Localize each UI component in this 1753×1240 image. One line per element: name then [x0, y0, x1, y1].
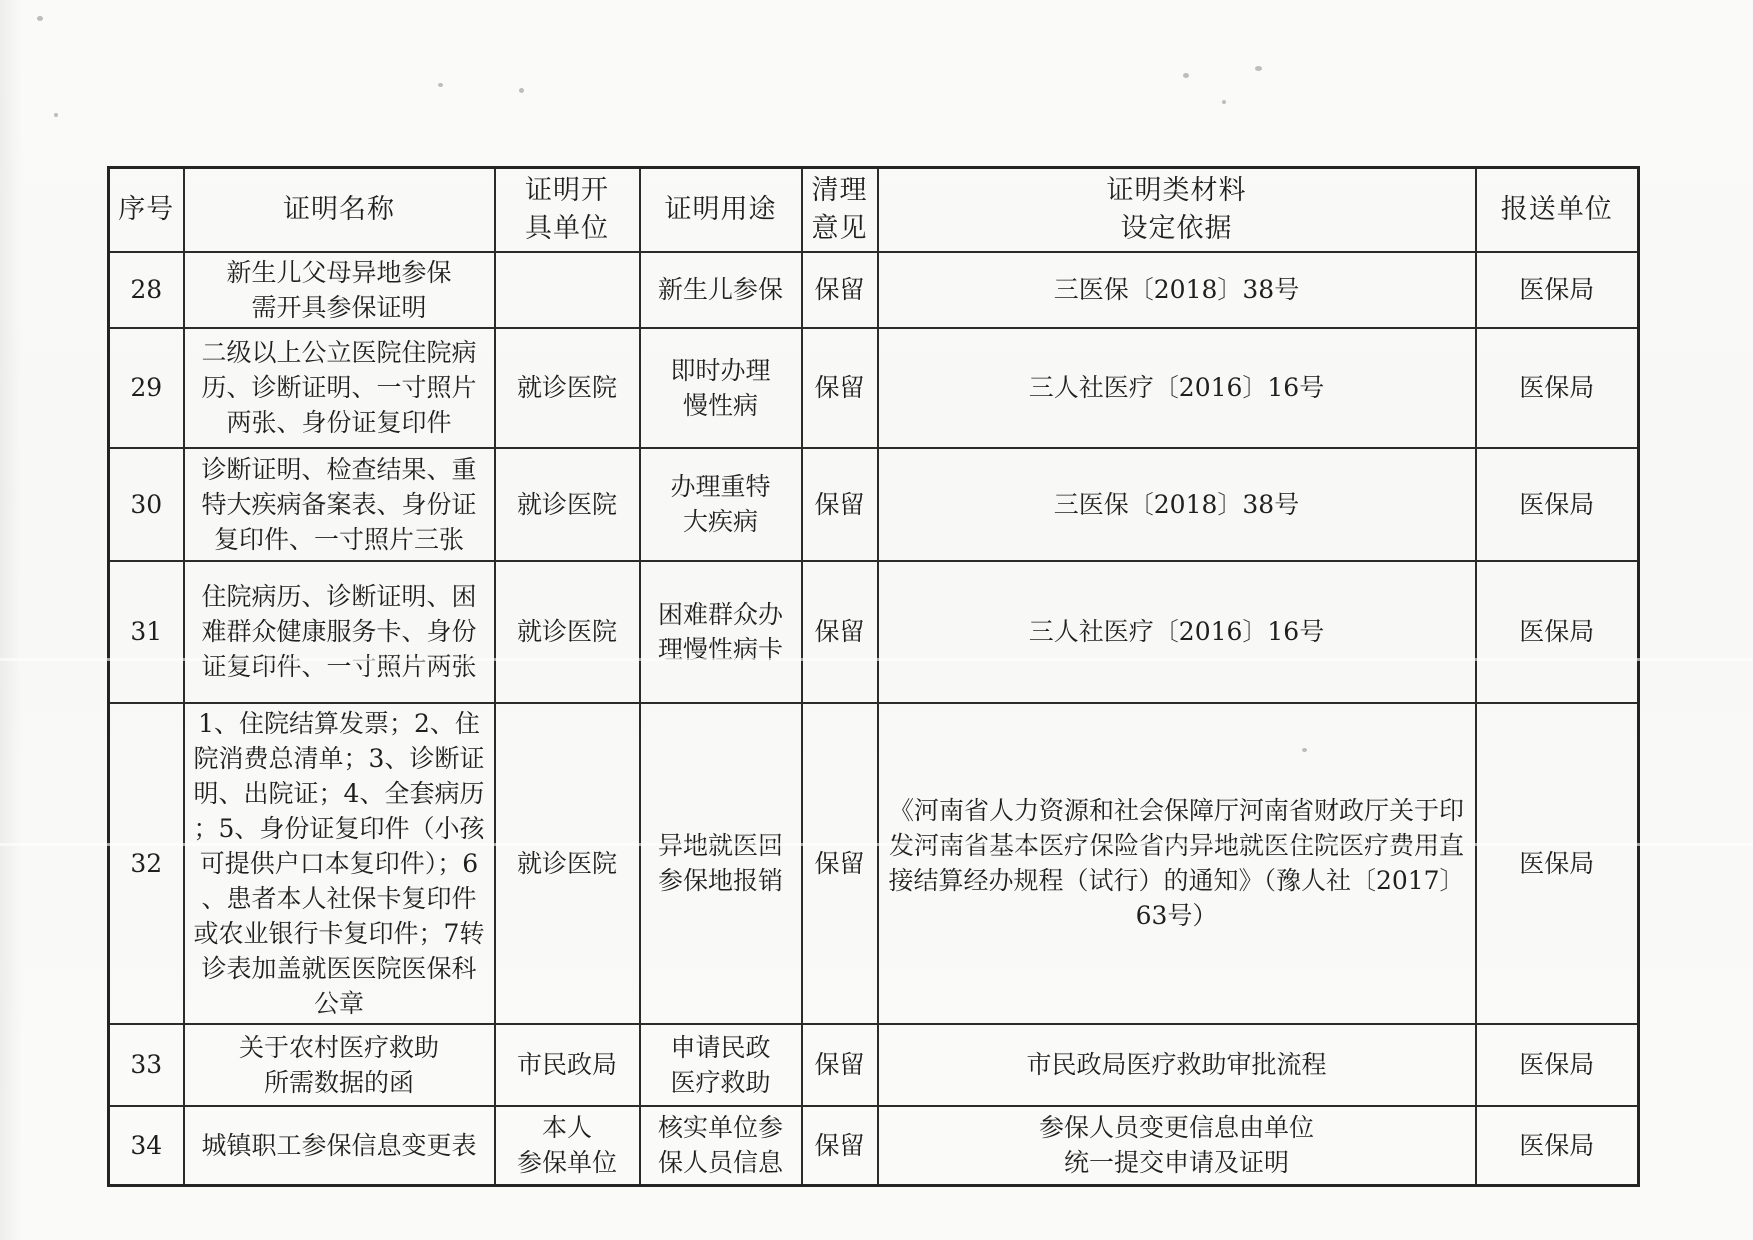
table-row: 28 新生儿父母异地参保 需开具参保证明 新生儿参保 保留 三医保〔2018〕3…	[109, 252, 1639, 328]
cell-seq: 34	[109, 1106, 184, 1186]
cell-unit: 医保局	[1476, 328, 1639, 448]
cell-purpose: 即时办理 慢性病	[640, 328, 802, 448]
cell-unit: 医保局	[1476, 252, 1639, 328]
cell-unit: 医保局	[1476, 448, 1639, 561]
cell-issuer: 就诊医院	[495, 703, 640, 1024]
scan-speck	[37, 16, 43, 21]
table-row: 34 城镇职工参保信息变更表 本人 参保单位 核实单位参 保人员信息 保留 参保…	[109, 1106, 1639, 1186]
cell-cert-name: 住院病历、诊断证明、困难群众健康服务卡、身份证复印件、一寸照片两张	[184, 561, 495, 703]
header-setting-basis: 证明类材料 设定依据	[878, 168, 1476, 252]
cell-cert-name: 新生儿父母异地参保 需开具参保证明	[184, 252, 495, 328]
cell-purpose: 新生儿参保	[640, 252, 802, 328]
cell-basis: 三医保〔2018〕38号	[878, 448, 1476, 561]
certificates-table: 序号 证明名称 证明开 具单位 证明用途 清理 意见 证明类材料 设定依据 报送…	[107, 166, 1640, 1187]
scan-speck	[1222, 100, 1226, 104]
cell-cert-name: 城镇职工参保信息变更表	[184, 1106, 495, 1186]
cell-seq: 31	[109, 561, 184, 703]
cell-opinion: 保留	[802, 448, 878, 561]
cell-opinion: 保留	[802, 328, 878, 448]
cell-purpose: 申请民政 医疗救助	[640, 1024, 802, 1106]
cell-purpose: 异地就医回 参保地报销	[640, 703, 802, 1024]
scan-speck	[1255, 66, 1262, 71]
table-row: 32 1、住院结算发票；2、住院消费总清单；3、诊断证明、出院证；4、全套病历；…	[109, 703, 1639, 1024]
cell-issuer: 就诊医院	[495, 328, 640, 448]
scan-streak	[0, 658, 1753, 661]
header-cert-name: 证明名称	[184, 168, 495, 252]
cell-unit: 医保局	[1476, 703, 1639, 1024]
cell-seq: 30	[109, 448, 184, 561]
cell-cert-name: 诊断证明、检查结果、重特大疾病备案表、身份证复印件、一寸照片三张	[184, 448, 495, 561]
table-row: 30 诊断证明、检查结果、重特大疾病备案表、身份证复印件、一寸照片三张 就诊医院…	[109, 448, 1639, 561]
cell-cert-name: 关于农村医疗救助 所需数据的函	[184, 1024, 495, 1106]
table-header-row: 序号 证明名称 证明开 具单位 证明用途 清理 意见 证明类材料 设定依据 报送…	[109, 168, 1639, 252]
cell-opinion: 保留	[802, 1024, 878, 1106]
table-row: 33 关于农村医疗救助 所需数据的函 市民政局 申请民政 医疗救助 保留 市民政…	[109, 1024, 1639, 1106]
cell-opinion: 保留	[802, 1106, 878, 1186]
cell-basis: 三医保〔2018〕38号	[878, 252, 1476, 328]
header-reporting-unit: 报送单位	[1476, 168, 1639, 252]
cell-basis: 市民政局医疗救助审批流程	[878, 1024, 1476, 1106]
header-cleanup-opinion: 清理 意见	[802, 168, 878, 252]
cell-issuer: 本人 参保单位	[495, 1106, 640, 1186]
cell-unit: 医保局	[1476, 1106, 1639, 1186]
cell-issuer: 市民政局	[495, 1024, 640, 1106]
cell-issuer	[495, 252, 640, 328]
cell-issuer: 就诊医院	[495, 561, 640, 703]
cell-cert-name: 1、住院结算发票；2、住院消费总清单；3、诊断证明、出院证；4、全套病历；5、身…	[184, 703, 495, 1024]
cell-unit: 医保局	[1476, 561, 1639, 703]
cell-opinion: 保留	[802, 561, 878, 703]
scan-speck	[54, 113, 58, 117]
cell-seq: 33	[109, 1024, 184, 1106]
cell-basis: 三人社医疗〔2016〕16号	[878, 328, 1476, 448]
scan-edge-shadow	[0, 0, 22, 1240]
cell-basis: 三人社医疗〔2016〕16号	[878, 561, 1476, 703]
table-row: 29 二级以上公立医院住院病历、诊断证明、一寸照片两张、身份证复印件 就诊医院 …	[109, 328, 1639, 448]
scan-speck	[519, 88, 524, 93]
scan-speck	[1183, 73, 1189, 78]
header-cert-purpose: 证明用途	[640, 168, 802, 252]
table-row: 31 住院病历、诊断证明、困难群众健康服务卡、身份证复印件、一寸照片两张 就诊医…	[109, 561, 1639, 703]
cell-purpose: 办理重特 大疾病	[640, 448, 802, 561]
header-issuing-unit: 证明开 具单位	[495, 168, 640, 252]
cell-cert-name: 二级以上公立医院住院病历、诊断证明、一寸照片两张、身份证复印件	[184, 328, 495, 448]
cell-unit: 医保局	[1476, 1024, 1639, 1106]
cell-issuer: 就诊医院	[495, 448, 640, 561]
scan-speck	[438, 83, 443, 87]
cell-opinion: 保留	[802, 703, 878, 1024]
cell-purpose: 困难群众办 理慢性病卡	[640, 561, 802, 703]
cell-seq: 28	[109, 252, 184, 328]
cell-seq: 32	[109, 703, 184, 1024]
cell-basis: 《河南省人力资源和社会保障厅河南省财政厅关于印发河南省基本医疗保险省内异地就医住…	[878, 703, 1476, 1024]
cell-purpose: 核实单位参 保人员信息	[640, 1106, 802, 1186]
scanned-page: 序号 证明名称 证明开 具单位 证明用途 清理 意见 证明类材料 设定依据 报送…	[0, 0, 1753, 1240]
scan-speck	[1302, 748, 1307, 752]
cell-opinion: 保留	[802, 252, 878, 328]
scan-streak	[0, 843, 1753, 846]
cell-basis: 参保人员变更信息由单位 统一提交申请及证明	[878, 1106, 1476, 1186]
header-seq-no: 序号	[109, 168, 184, 252]
cell-seq: 29	[109, 328, 184, 448]
